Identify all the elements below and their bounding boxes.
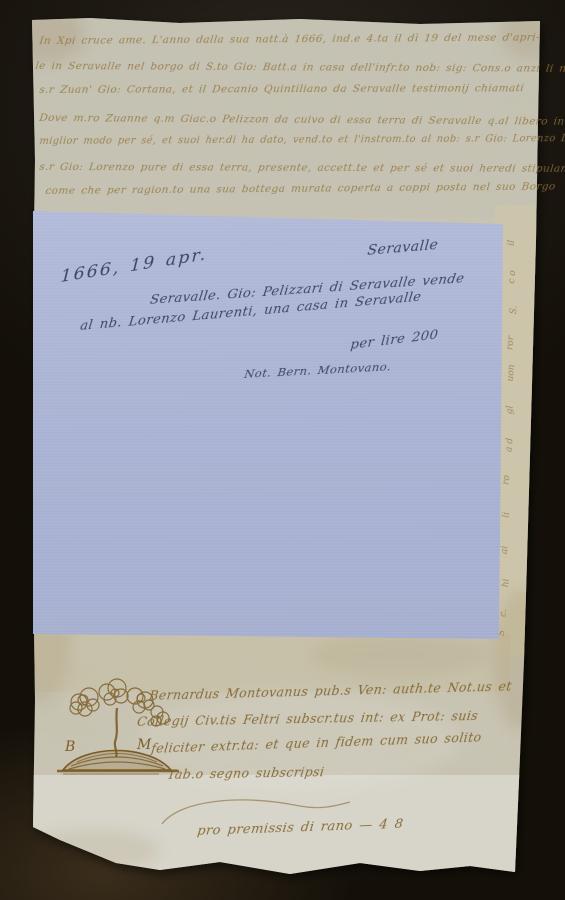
manuscript-body-text: In Xpi cruce ame. L'anno dalla sua natt.…: [40, 36, 545, 211]
note-signature: Not. Bern. Montovano.: [244, 361, 392, 380]
manuscript-line: Dove m.ro Zuanne q.m Giac.o Pelizzon da …: [37, 113, 545, 141]
margin-fragment: ro: [501, 475, 512, 486]
photo-backdrop: In Xpi cruce ame. L'anno dalla sua natt.…: [0, 0, 565, 900]
margin-fragment: il: [507, 240, 517, 247]
manuscript-line: s.r Gio: Lorenzo pure di essa terra, pre…: [37, 162, 545, 188]
margin-fragment: c o: [507, 270, 518, 284]
note-line-3: per lire 200: [350, 328, 439, 351]
note-line-2: al nb. Lorenzo Laurenti, una casa in Ser…: [79, 291, 422, 333]
margin-fragment: hi: [501, 578, 512, 588]
manuscript-line: s.r Zuan' Gio: Cortana, et il Decanio Qu…: [37, 83, 545, 109]
notary-initial-b: B: [64, 739, 75, 755]
margin-fragment: S.: [509, 305, 520, 315]
margin-fragment: ror: [505, 336, 516, 351]
notary-initial-m: M: [136, 737, 152, 753]
flourish-stroke: [150, 792, 370, 832]
margin-fragment: ai: [500, 545, 511, 554]
note-date: 1666, 19 apr.: [60, 247, 208, 286]
notary-mark-icon: B M: [55, 678, 185, 778]
archivist-note-slip: Seravalle 1666, 19 apr. Seravalle. Gio: …: [33, 211, 503, 639]
margin-fragment: a d: [504, 438, 515, 453]
manuscript-line: come che per ragion.to una sua bottega m…: [43, 182, 545, 211]
note-header: Seravalle: [367, 238, 439, 258]
manuscript-line: In Xpi cruce ame. L'anno dalla sua natt.…: [37, 32, 545, 60]
margin-fragment: li: [502, 512, 512, 519]
manuscript-line: le in Seravalle nel borgo di S.to Gio: B…: [33, 61, 545, 88]
manuscript-line: miglior modo per sé, et suoi her.di ha d…: [37, 134, 545, 161]
margin-fragment: gl: [505, 405, 516, 414]
margin-fragment: uon: [506, 364, 517, 382]
note-line-1: Seravalle. Gio: Pelizzari di Seravalle v…: [149, 272, 465, 307]
margin-fragment: c.: [499, 609, 510, 618]
